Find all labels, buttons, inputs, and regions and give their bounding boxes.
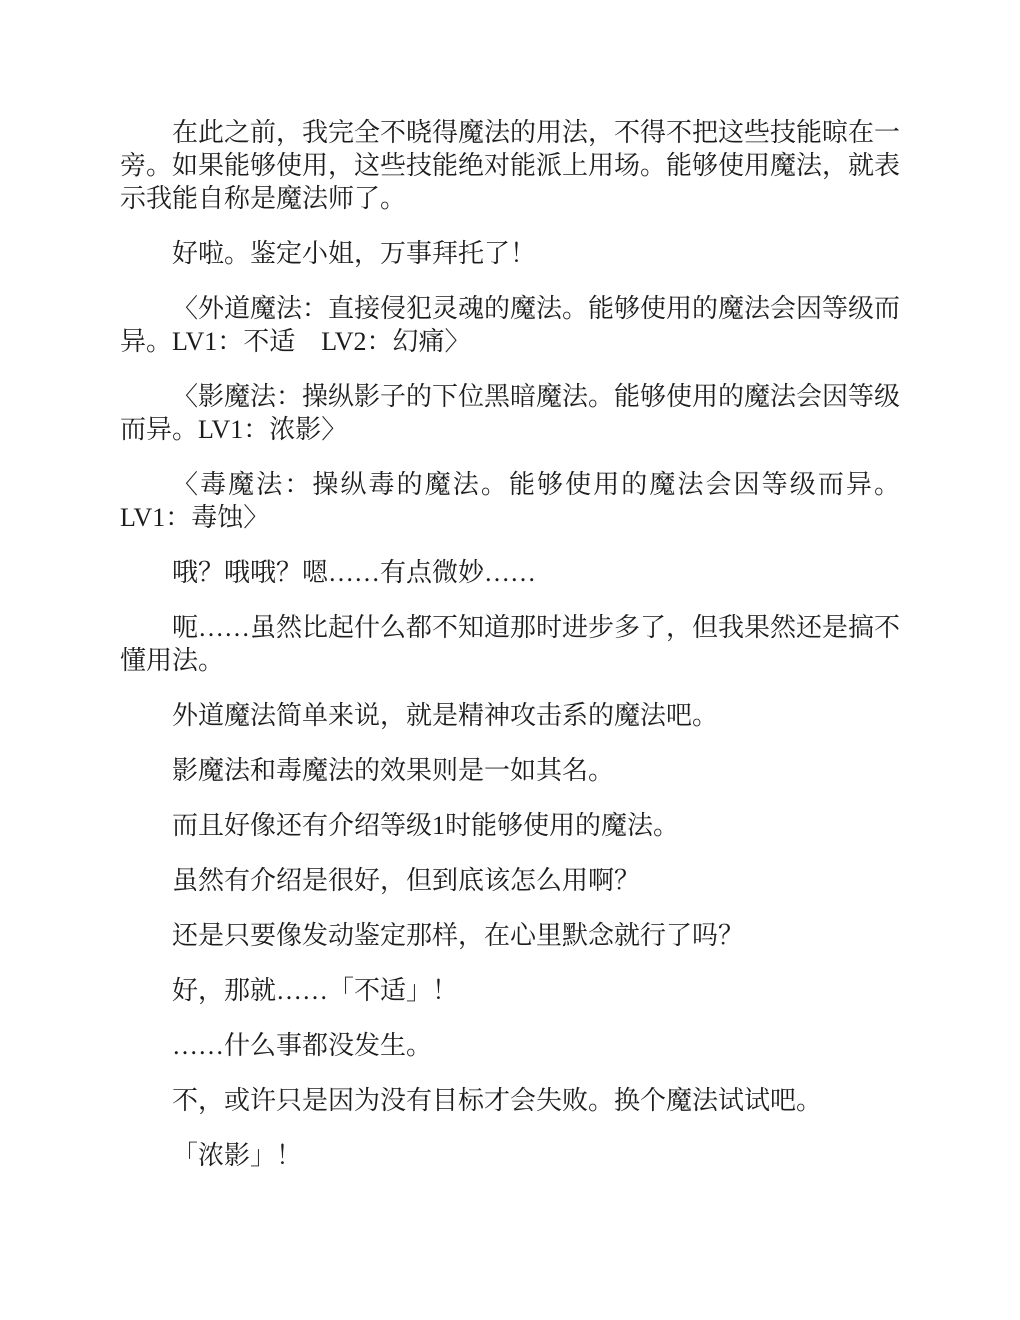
paragraph: 哦？哦哦？嗯……有点微妙…… [120,556,900,589]
paragraph: 好，那就……「不适」！ [120,974,900,1007]
paragraph: 呃……虽然比起什么都不知道那时进步多了，但我果然还是搞不懂用法。 [120,611,900,677]
paragraph: 「浓影」！ [120,1139,900,1172]
paragraph: 〈毒魔法：操纵毒的魔法。能够使用的魔法会因等级而异。LV1：毒蚀〉 [120,468,900,534]
paragraph: 〈外道魔法：直接侵犯灵魂的魔法。能够使用的魔法会因等级而异。LV1：不适 LV2… [120,292,900,358]
paragraph: 影魔法和毒魔法的效果则是一如其名。 [120,754,900,787]
paragraph: 好啦。鉴定小姐，万事拜托了！ [120,237,900,270]
paragraph: 而且好像还有介绍等级1时能够使用的魔法。 [120,809,900,842]
paragraph: 不，或许只是因为没有目标才会失败。换个魔法试试吧。 [120,1084,900,1117]
paragraph: 〈影魔法：操纵影子的下位黑暗魔法。能够使用的魔法会因等级而异。LV1：浓影〉 [120,380,900,446]
paragraph: 虽然有介绍是很好，但到底该怎么用啊？ [120,864,900,897]
paragraph: 在此之前，我完全不晓得魔法的用法，不得不把这些技能晾在一旁。如果能够使用，这些技… [120,116,900,215]
text-content: 在此之前，我完全不晓得魔法的用法，不得不把这些技能晾在一旁。如果能够使用，这些技… [120,116,900,1172]
paragraph: ……什么事都没发生。 [120,1029,900,1062]
paragraph: 还是只要像发动鉴定那样，在心里默念就行了吗？ [120,919,900,952]
paragraph: 外道魔法简单来说，就是精神攻击系的魔法吧。 [120,699,900,732]
document-page: 在此之前，我完全不晓得魔法的用法，不得不把这些技能晾在一旁。如果能够使用，这些技… [0,0,1020,1320]
